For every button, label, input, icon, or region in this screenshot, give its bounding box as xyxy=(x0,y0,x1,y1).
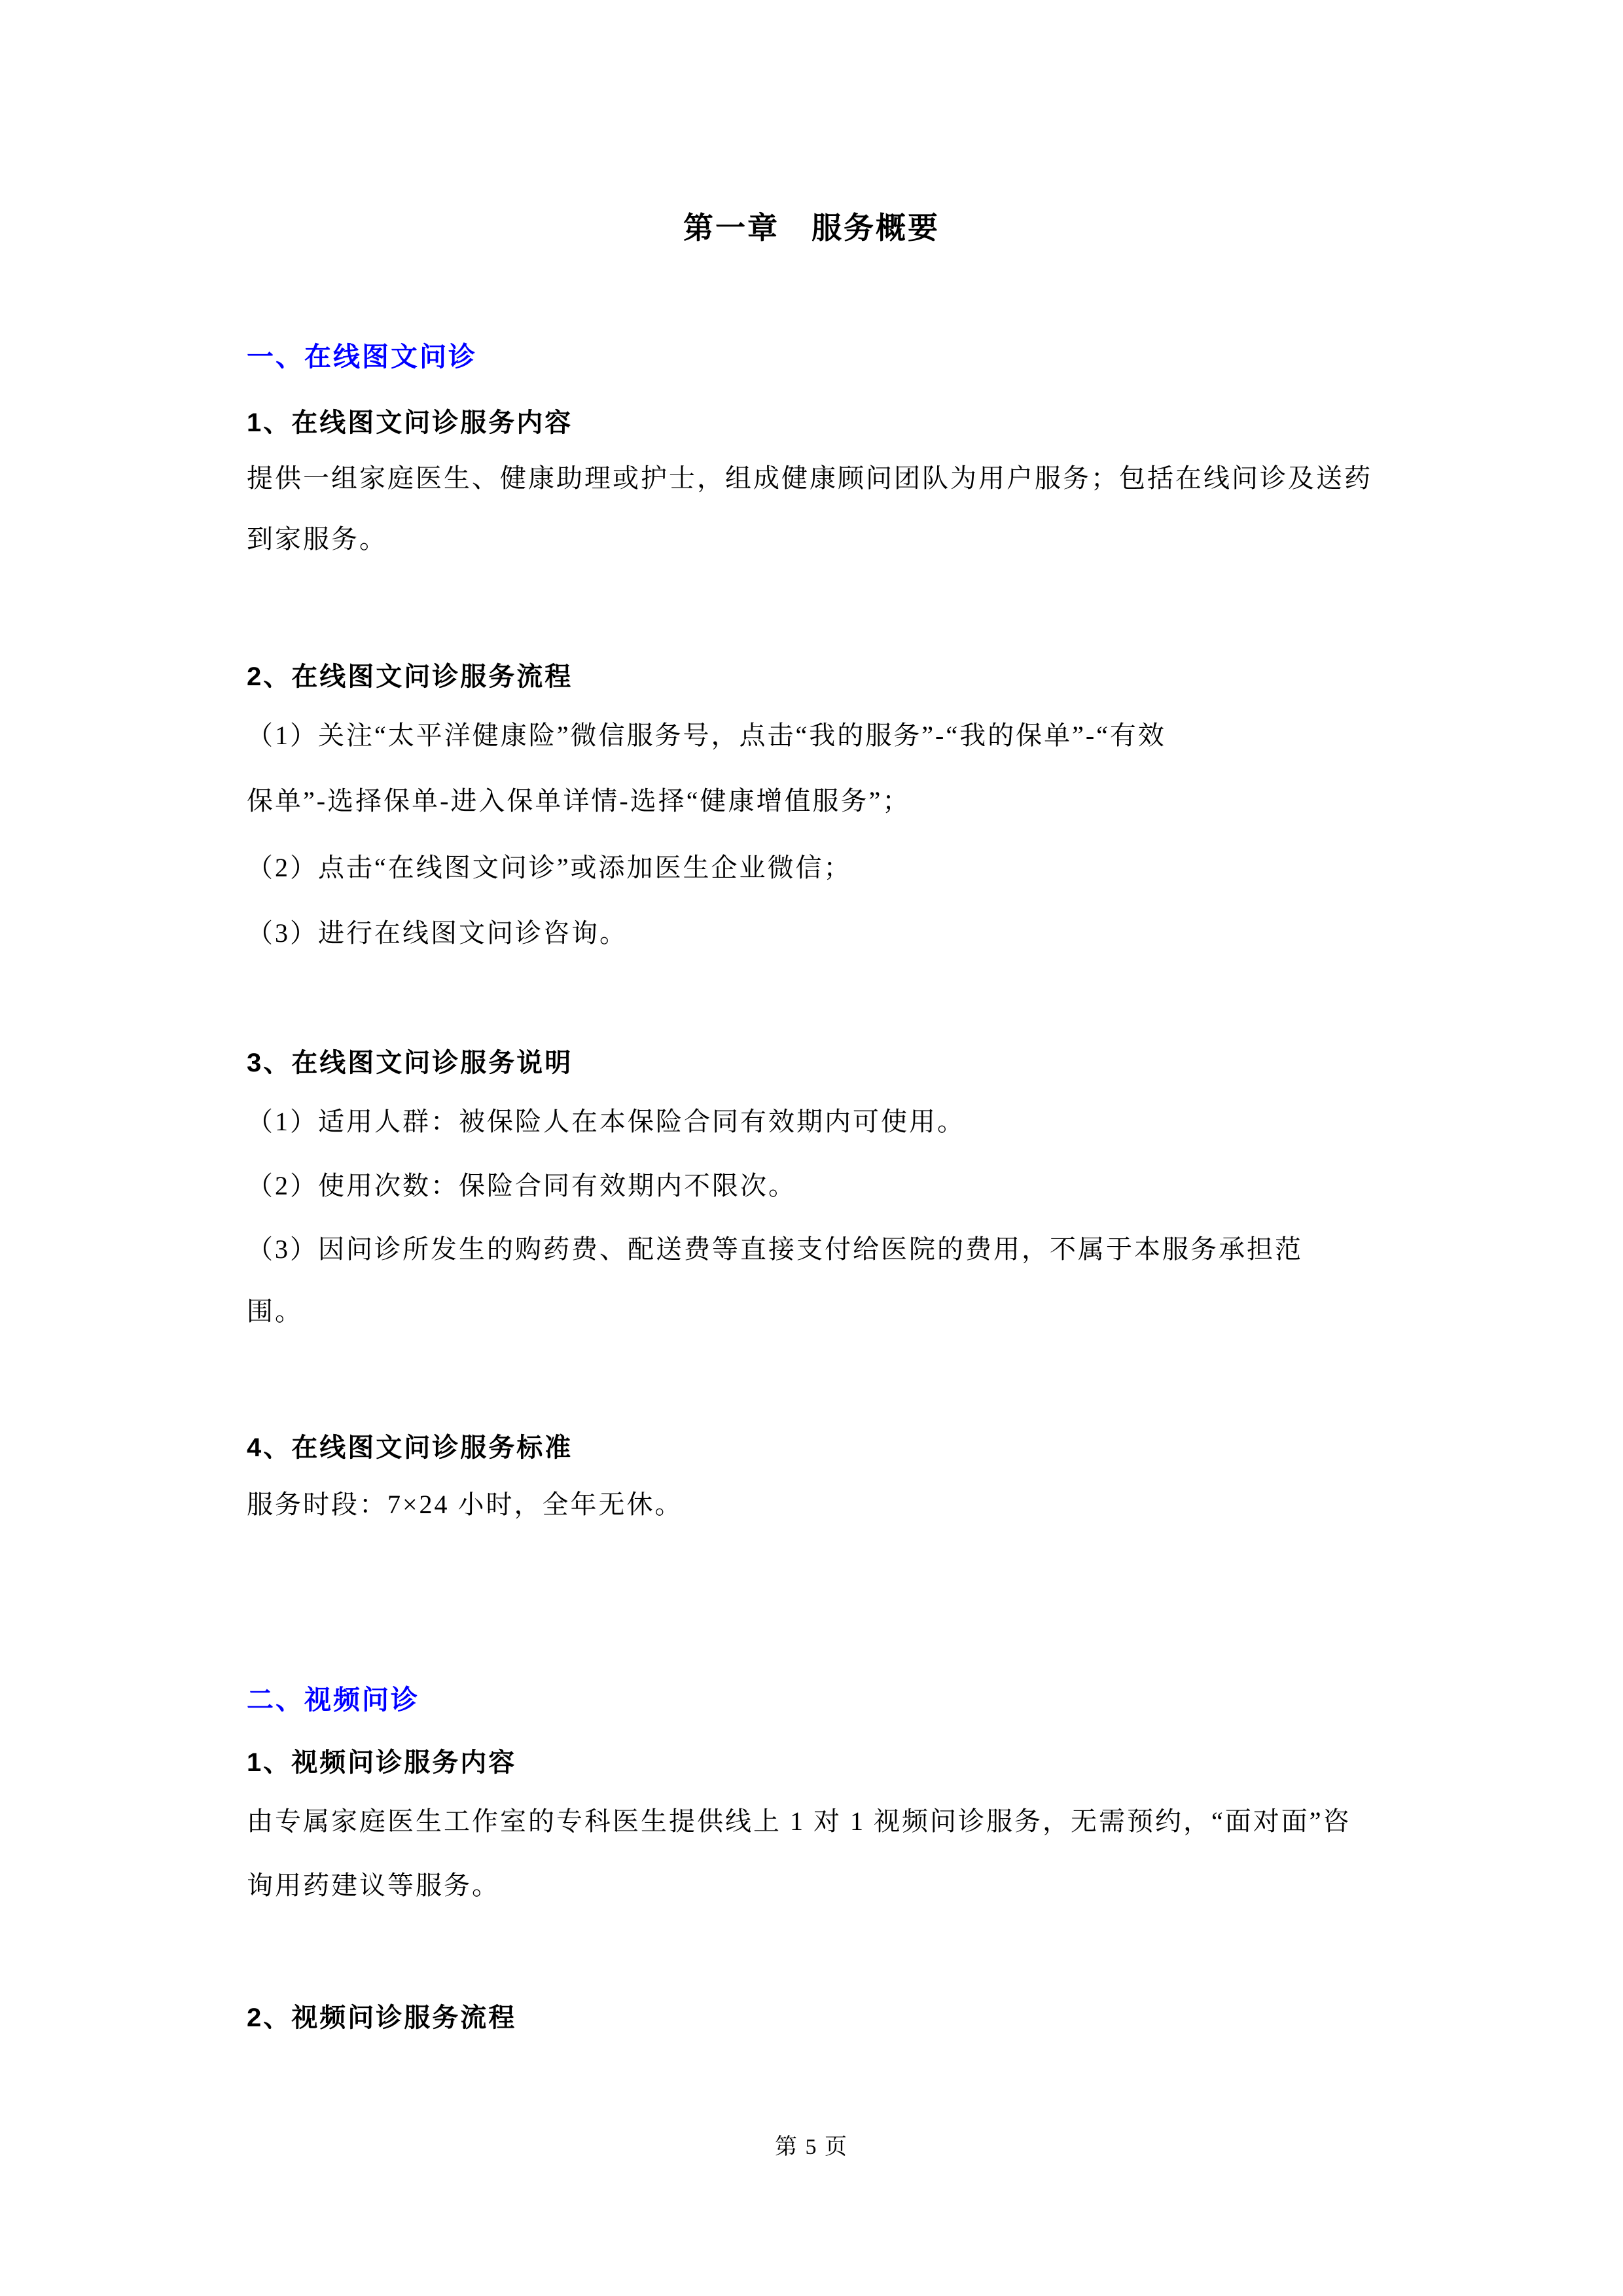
subheading-service-content-2: 1、视频问诊服务内容 xyxy=(247,1742,516,1779)
subheading-service-process-1: 2、在线图文问诊服务流程 xyxy=(247,656,573,693)
page-number: 第 5 页 xyxy=(0,2128,1623,2161)
document-page: 第一章 服务概要 一、在线图文问诊 1、在线图文问诊服务内容 提供一组家庭医生、… xyxy=(0,0,1623,2296)
paragraph-line: 提供一组家庭医生、健康助理或护士，组成健康顾问团队为用户服务；包括在线问诊及送药 xyxy=(247,462,1372,495)
paragraph-line: 由专属家庭医生工作室的专科医生提供线上 1 对 1 视频问诊服务，无需预约，“面… xyxy=(247,1805,1351,1838)
paragraph-line: （2）点击“在线图文问诊”或添加医生企业微信； xyxy=(247,852,852,884)
subheading-service-notes-1: 3、在线图文问诊服务说明 xyxy=(247,1042,573,1079)
paragraph-line: 到家服务。 xyxy=(247,523,387,556)
paragraph-line: （1）适用人群：被保险人在本保险合同有效期内可使用。 xyxy=(247,1105,965,1138)
paragraph-line: 服务时段：7×24 小时，全年无休。 xyxy=(247,1488,683,1521)
paragraph-line: （2）使用次数：保险合同有效期内不限次。 xyxy=(247,1170,796,1202)
chapter-title: 第一章 服务概要 xyxy=(0,204,1623,247)
subheading-service-standard-1: 4、在线图文问诊服务标准 xyxy=(247,1427,573,1464)
subheading-service-process-2: 2、视频问诊服务流程 xyxy=(247,1997,516,2034)
paragraph-line: 询用药建议等服务。 xyxy=(247,1869,500,1902)
section-heading-video-consult: 二、视频问诊 xyxy=(247,1678,419,1717)
paragraph-line: （1）关注“太平洋健康险”微信服务号，点击“我的服务”-“我的保单”-“有效 xyxy=(247,719,1166,752)
paragraph-line: 保单”-选择保单-进入保单详情-选择“健康增值服务”； xyxy=(247,785,910,817)
subheading-service-content-1: 1、在线图文问诊服务内容 xyxy=(247,402,573,439)
paragraph-line: （3）因问诊所发生的购药费、配送费等直接支付给医院的费用，不属于本服务承担范 xyxy=(247,1233,1303,1266)
paragraph-line: 围。 xyxy=(247,1295,303,1328)
paragraph-line: （3）进行在线图文问诊咨询。 xyxy=(247,917,628,950)
section-heading-online-text-consult: 一、在线图文问诊 xyxy=(247,335,477,374)
